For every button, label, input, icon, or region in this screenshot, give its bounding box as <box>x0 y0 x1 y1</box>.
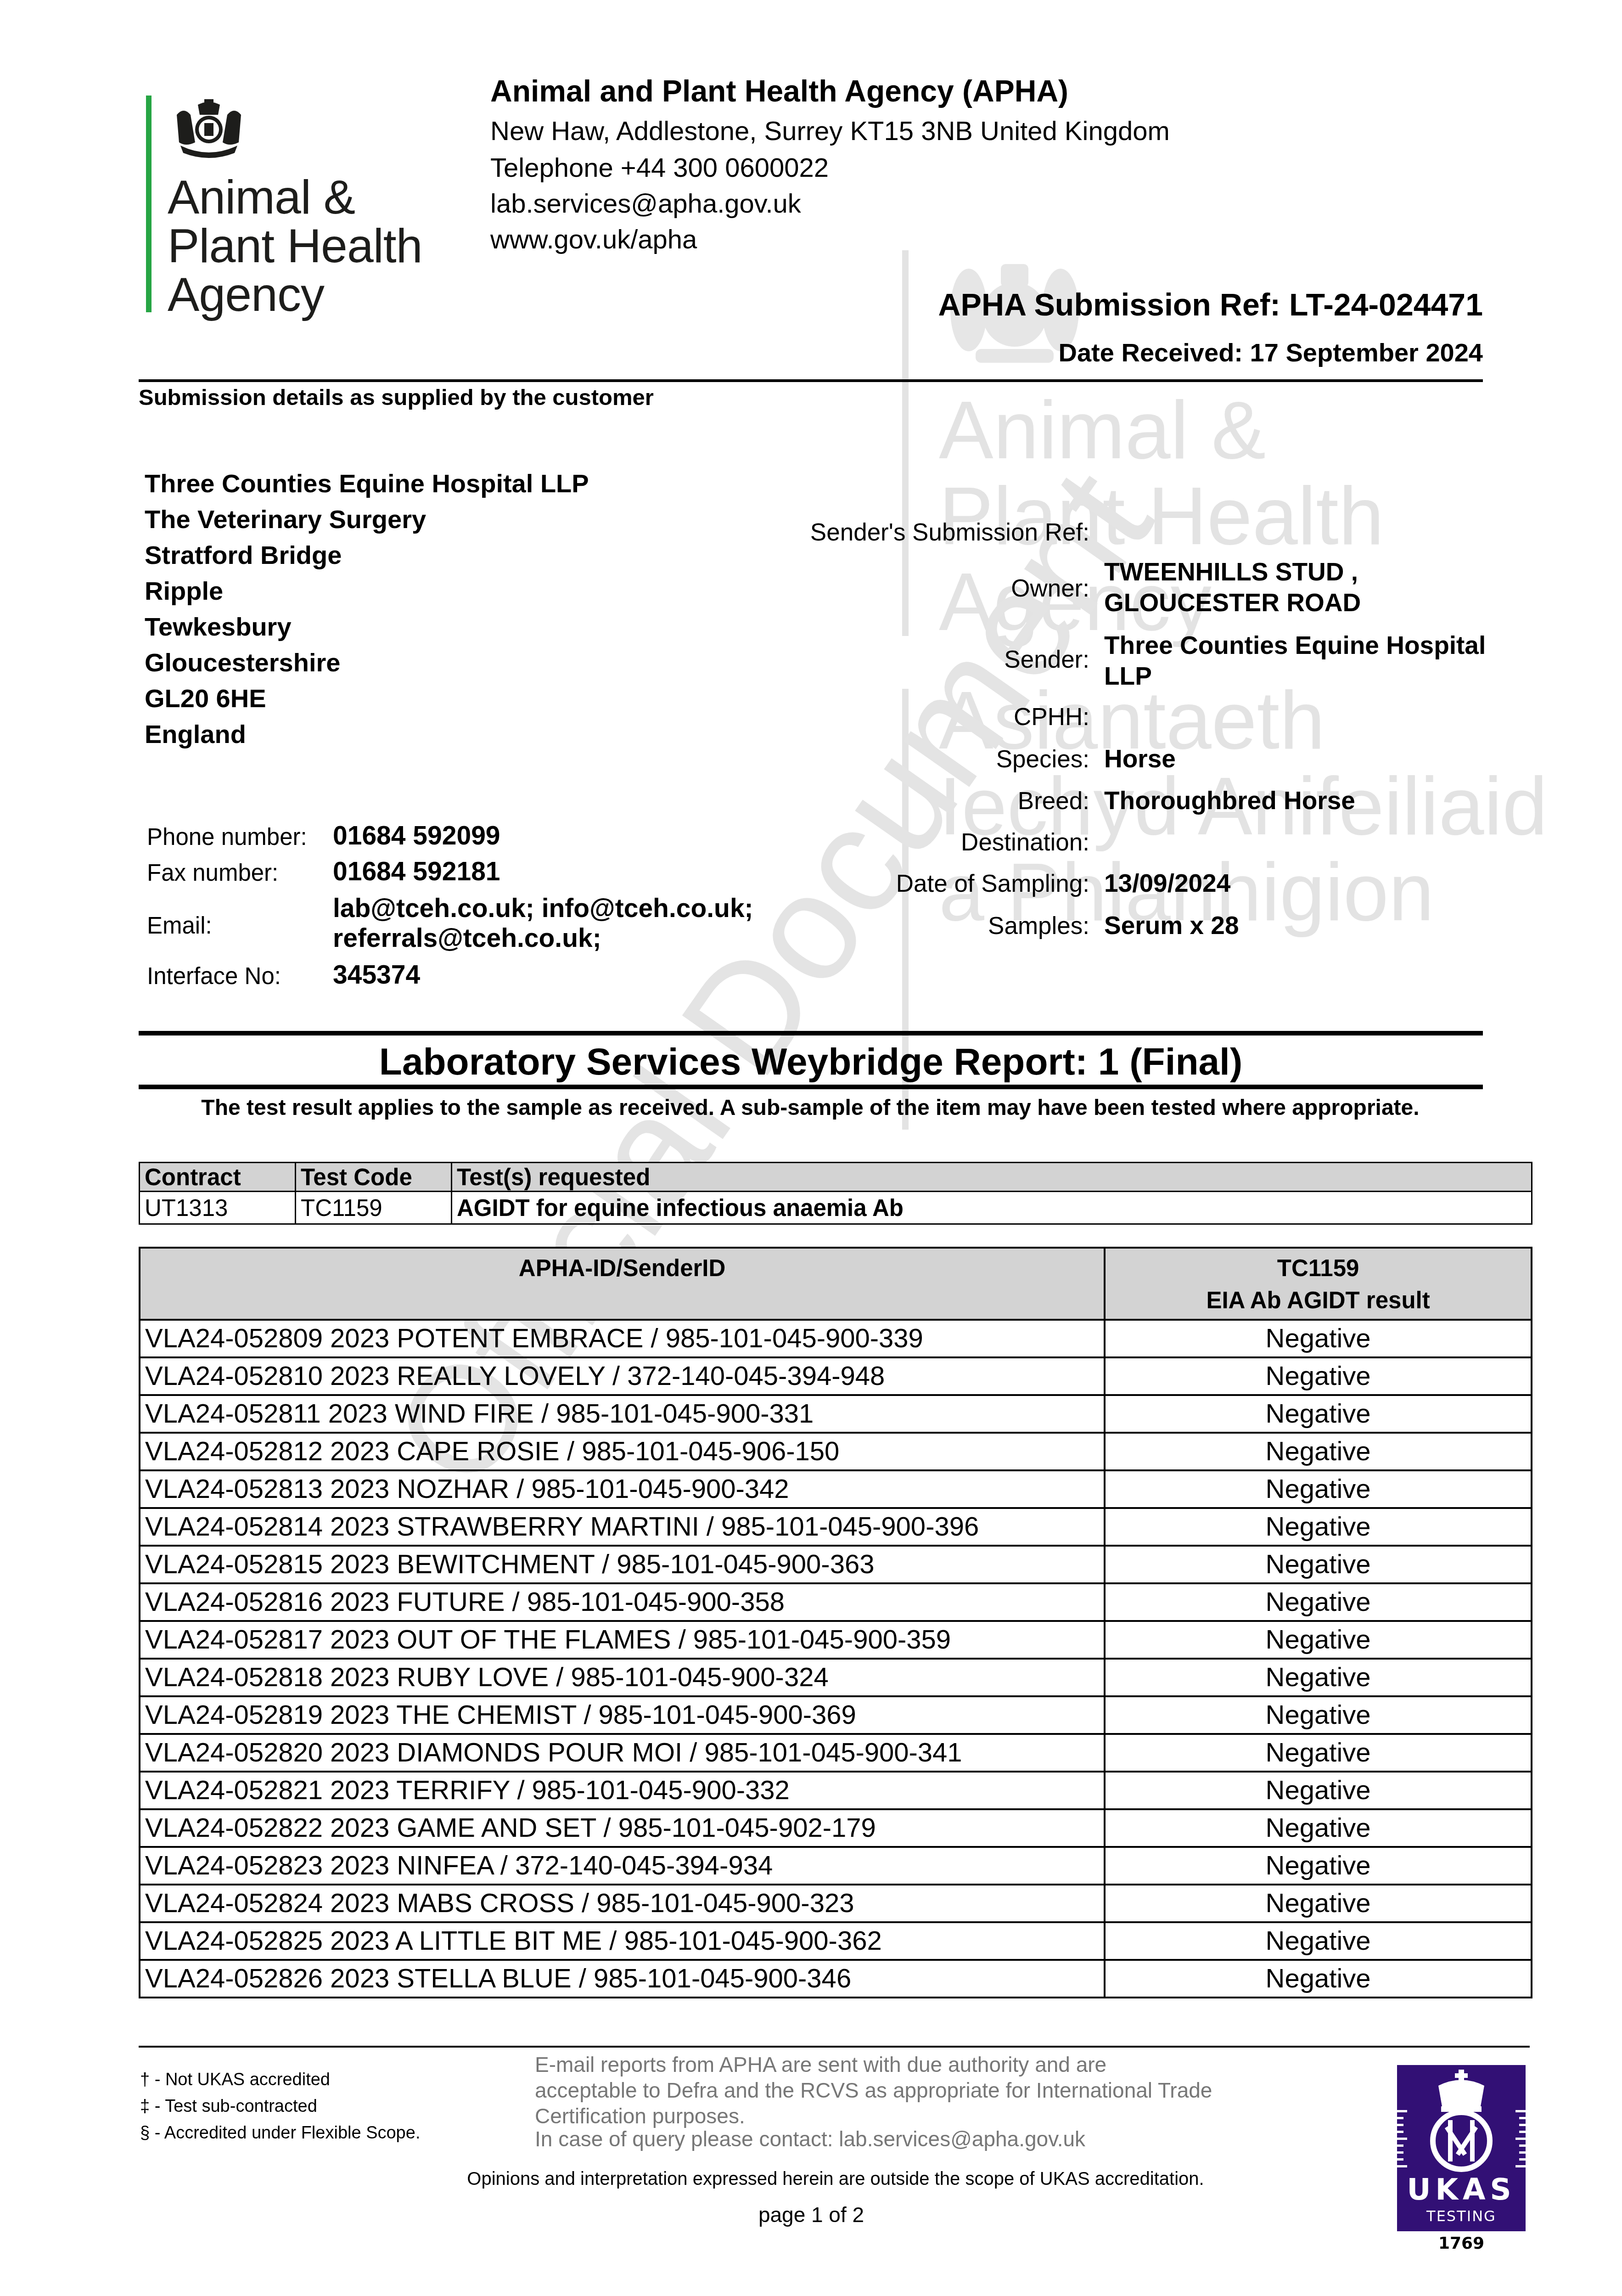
agency-title: Animal and Plant Health Agency (APHA) <box>490 76 1068 106</box>
sample-id-cell: VLA24-052811 2023 WIND FIRE / 985-101-04… <box>140 1395 1105 1433</box>
result-cell: Negative <box>1105 1508 1532 1546</box>
sample-id-cell: VLA24-052814 2023 STRAWBERRY MARTINI / 9… <box>140 1508 1105 1546</box>
address-line: GL20 6HE <box>145 686 266 711</box>
sender-value-line2: LLP <box>1104 662 1152 690</box>
sample-id-cell: VLA24-052821 2023 TERRIFY / 985-101-045-… <box>140 1772 1105 1809</box>
result-cell: Negative <box>1105 1395 1532 1433</box>
watermark-line: Animal & <box>939 389 1266 471</box>
sender-label: Sender: <box>1004 647 1089 672</box>
phone-label: Phone number: <box>147 825 307 849</box>
sampling-date-label: Date of Sampling: <box>896 872 1089 896</box>
table-row: VLA24-052816 2023 FUTURE / 985-101-045-9… <box>140 1583 1532 1621</box>
column-header-contract: Contract <box>140 1163 296 1192</box>
email-value-line2[interactable]: referrals@tceh.co.uk; <box>333 925 601 951</box>
table-row: VLA24-052809 2023 POTENT EMBRACE / 985-1… <box>140 1320 1532 1357</box>
breed-label: Breed: <box>1018 789 1089 813</box>
sample-id-cell: VLA24-052820 2023 DIAMONDS POUR MOI / 98… <box>140 1734 1105 1772</box>
tests-table: Contract Test Code Test(s) requested UT1… <box>139 1162 1532 1225</box>
sample-id-cell: VLA24-052816 2023 FUTURE / 985-101-045-9… <box>140 1583 1105 1621</box>
column-header-tests-requested: Test(s) requested <box>452 1163 1532 1192</box>
destination-label: Destination: <box>961 830 1089 855</box>
agency-email[interactable]: lab.services@apha.gov.uk <box>490 191 801 217</box>
footer-divider <box>139 2046 1530 2048</box>
royal-coat-of-arms-icon <box>168 97 250 159</box>
sample-id-cell: VLA24-052815 2023 BEWITCHMENT / 985-101-… <box>140 1546 1105 1583</box>
email-notice-line: acceptable to Defra and the RCVS as appr… <box>535 2077 1269 2103</box>
email-value-line1[interactable]: lab@tceh.co.uk; info@tceh.co.uk; <box>333 895 753 922</box>
result-cell: Negative <box>1105 1583 1532 1621</box>
results-table: APHA-ID/SenderID TC1159 EIA Ab AGIDT res… <box>139 1247 1532 1998</box>
column-header-test-code: Test Code <box>296 1163 452 1192</box>
result-cell: Negative <box>1105 1734 1532 1772</box>
address-line: Gloucestershire <box>145 650 340 675</box>
column-header-result: TC1159 EIA Ab AGIDT result <box>1105 1248 1532 1320</box>
sample-id-cell: VLA24-052825 2023 A LITTLE BIT ME / 985-… <box>140 1922 1105 1960</box>
tests-table-header: Contract Test Code Test(s) requested <box>140 1163 1532 1192</box>
table-row: VLA24-052820 2023 DIAMONDS POUR MOI / 98… <box>140 1734 1532 1772</box>
address-line: The Veterinary Surgery <box>145 506 426 532</box>
email-notice-line: E-mail reports from APHA are sent with d… <box>535 2052 1269 2077</box>
sample-id-cell: VLA24-052810 2023 REALLY LOVELY / 372-14… <box>140 1357 1105 1395</box>
table-row: VLA24-052823 2023 NINFEA / 372-140-045-3… <box>140 1847 1532 1885</box>
test-requested-cell: AGIDT for equine infectious anaemia Ab <box>452 1192 1532 1224</box>
test-code-cell: TC1159 <box>296 1192 452 1224</box>
sampling-date-value: 13/09/2024 <box>1104 869 1230 897</box>
sample-id-cell: VLA24-052812 2023 CAPE ROSIE / 985-101-0… <box>140 1433 1105 1470</box>
result-cell: Negative <box>1105 1659 1532 1696</box>
samples-value: Serum x 28 <box>1104 912 1239 940</box>
sample-id-cell: VLA24-052819 2023 THE CHEMIST / 985-101-… <box>140 1696 1105 1734</box>
header-divider <box>139 379 1483 382</box>
interface-value: 345374 <box>333 962 420 988</box>
table-row: VLA24-052813 2023 NOZHAR / 985-101-045-9… <box>140 1470 1532 1508</box>
fax-value: 01684 592181 <box>333 859 500 885</box>
fax-label: Fax number: <box>147 861 278 884</box>
sample-id-cell: VLA24-052818 2023 RUBY LOVE / 985-101-04… <box>140 1659 1105 1696</box>
result-cell: Negative <box>1105 1357 1532 1395</box>
query-contact: In case of query please contact: lab.ser… <box>535 2126 1269 2152</box>
ukas-badge: UKAS TESTING <box>1397 2065 1526 2231</box>
column-header-apha-id: APHA-ID/SenderID <box>140 1248 1105 1320</box>
logo-text-line: Plant Health <box>168 222 422 270</box>
legend-sub-contracted: ‡ - Test sub-contracted <box>140 2098 317 2115</box>
result-cell: Negative <box>1105 1922 1532 1960</box>
page-number: page 1 of 2 <box>139 2204 1484 2225</box>
table-row: VLA24-052822 2023 GAME AND SET / 985-101… <box>140 1809 1532 1847</box>
title-rule-bottom <box>139 1085 1483 1089</box>
sample-id-cell: VLA24-052826 2023 STELLA BLUE / 985-101-… <box>140 1960 1105 1998</box>
logo-green-bar <box>146 96 152 312</box>
table-row: VLA24-052815 2023 BEWITCHMENT / 985-101-… <box>140 1546 1532 1583</box>
watermark-bar <box>902 250 909 636</box>
legend-not-accredited: † - Not UKAS accredited <box>140 2071 330 2088</box>
cphh-label: CPHH: <box>1014 705 1089 729</box>
agency-website[interactable]: www.gov.uk/apha <box>490 226 697 253</box>
result-cell: Negative <box>1105 1433 1532 1470</box>
breed-value: Thoroughbred Horse <box>1104 787 1355 815</box>
sample-id-cell: VLA24-052809 2023 POTENT EMBRACE / 985-1… <box>140 1320 1105 1357</box>
sample-id-cell: VLA24-052813 2023 NOZHAR / 985-101-045-9… <box>140 1470 1105 1508</box>
table-row: VLA24-052812 2023 CAPE ROSIE / 985-101-0… <box>140 1433 1532 1470</box>
owner-value-line2: GLOUCESTER ROAD <box>1104 589 1361 617</box>
address-line: England <box>145 721 246 747</box>
result-cell: Negative <box>1105 1960 1532 1998</box>
logo-text-line: Animal & <box>168 174 355 221</box>
address-line: Tewkesbury <box>145 614 292 640</box>
title-rule-top <box>139 1031 1483 1035</box>
table-row: VLA24-052818 2023 RUBY LOVE / 985-101-04… <box>140 1659 1532 1696</box>
table-row: VLA24-052810 2023 REALLY LOVELY / 372-14… <box>140 1357 1532 1395</box>
email-notice: E-mail reports from APHA are sent with d… <box>535 2052 1269 2129</box>
sample-id-cell: VLA24-052822 2023 GAME AND SET / 985-101… <box>140 1809 1105 1847</box>
table-row: VLA24-052824 2023 MABS CROSS / 985-101-0… <box>140 1885 1532 1922</box>
samples-label: Samples: <box>988 914 1089 938</box>
result-cell: Negative <box>1105 1847 1532 1885</box>
email-notice-line: Certification purposes. <box>535 2103 1269 2129</box>
result-cell: Negative <box>1105 1809 1532 1847</box>
email-label: Email: <box>147 914 212 937</box>
contract-cell: UT1313 <box>140 1192 296 1224</box>
agency-telephone: Telephone +44 300 0600022 <box>490 155 829 181</box>
result-cell: Negative <box>1105 1546 1532 1583</box>
address-line: Three Counties Equine Hospital LLP <box>145 471 589 496</box>
logo-text-line: Agency <box>168 271 324 319</box>
ukas-type: TESTING <box>1397 2209 1526 2223</box>
owner-label: Owner: <box>1011 576 1089 601</box>
sample-id-cell: VLA24-052817 2023 OUT OF THE FLAMES / 98… <box>140 1621 1105 1659</box>
sender-ref-label: Sender's Submission Ref: <box>810 520 1089 545</box>
address-line: Stratford Bridge <box>145 542 342 568</box>
result-cell: Negative <box>1105 1696 1532 1734</box>
results-table-header: APHA-ID/SenderID TC1159 EIA Ab AGIDT res… <box>140 1248 1532 1320</box>
section-heading: Submission details as supplied by the cu… <box>139 387 654 409</box>
table-row: VLA24-052819 2023 THE CHEMIST / 985-101-… <box>140 1696 1532 1734</box>
species-value: Horse <box>1104 745 1176 773</box>
table-row: VLA24-052811 2023 WIND FIRE / 985-101-04… <box>140 1395 1532 1433</box>
date-received: Date Received: 17 September 2024 <box>1059 340 1483 366</box>
table-row: UT1313 TC1159 AGIDT for equine infectiou… <box>140 1192 1532 1224</box>
sample-id-cell: VLA24-052824 2023 MABS CROSS / 985-101-0… <box>140 1885 1105 1922</box>
sender-value-line1: Three Counties Equine Hospital <box>1104 631 1486 659</box>
result-header-name: EIA Ab AGIDT result <box>1106 1284 1530 1317</box>
interface-label: Interface No: <box>147 964 281 988</box>
ukas-number: 1769 <box>1397 2235 1526 2252</box>
result-cell: Negative <box>1105 1772 1532 1809</box>
species-label: Species: <box>996 747 1089 771</box>
table-row: VLA24-052825 2023 A LITTLE BIT ME / 985-… <box>140 1922 1532 1960</box>
result-cell: Negative <box>1105 1885 1532 1922</box>
table-row: VLA24-052817 2023 OUT OF THE FLAMES / 98… <box>140 1621 1532 1659</box>
ukas-name: UKAS <box>1397 2175 1526 2205</box>
table-row: VLA24-052821 2023 TERRIFY / 985-101-045-… <box>140 1772 1532 1809</box>
report-title: Laboratory Services Weybridge Report: 1 … <box>139 1043 1483 1081</box>
sample-id-cell: VLA24-052823 2023 NINFEA / 372-140-045-3… <box>140 1847 1105 1885</box>
owner-value-line1: TWEENHILLS STUD , <box>1104 558 1358 586</box>
report-disclaimer: The test result applies to the sample as… <box>184 1094 1437 1122</box>
result-cell: Negative <box>1105 1621 1532 1659</box>
result-cell: Negative <box>1105 1320 1532 1357</box>
result-cell: Negative <box>1105 1470 1532 1508</box>
agency-address: New Haw, Addlestone, Surrey KT15 3NB Uni… <box>490 118 1170 145</box>
address-line: Ripple <box>145 578 223 604</box>
table-row: VLA24-052826 2023 STELLA BLUE / 985-101-… <box>140 1960 1532 1998</box>
legend-flexible-scope: § - Accredited under Flexible Scope. <box>140 2124 420 2142</box>
result-header-code: TC1159 <box>1106 1252 1530 1284</box>
ukas-opinions-note: Opinions and interpretation expressed he… <box>139 2170 1532 2188</box>
phone-value: 01684 592099 <box>333 823 500 849</box>
table-row: VLA24-052814 2023 STRAWBERRY MARTINI / 9… <box>140 1508 1532 1546</box>
submission-ref: APHA Submission Ref: LT-24-024471 <box>938 289 1483 321</box>
